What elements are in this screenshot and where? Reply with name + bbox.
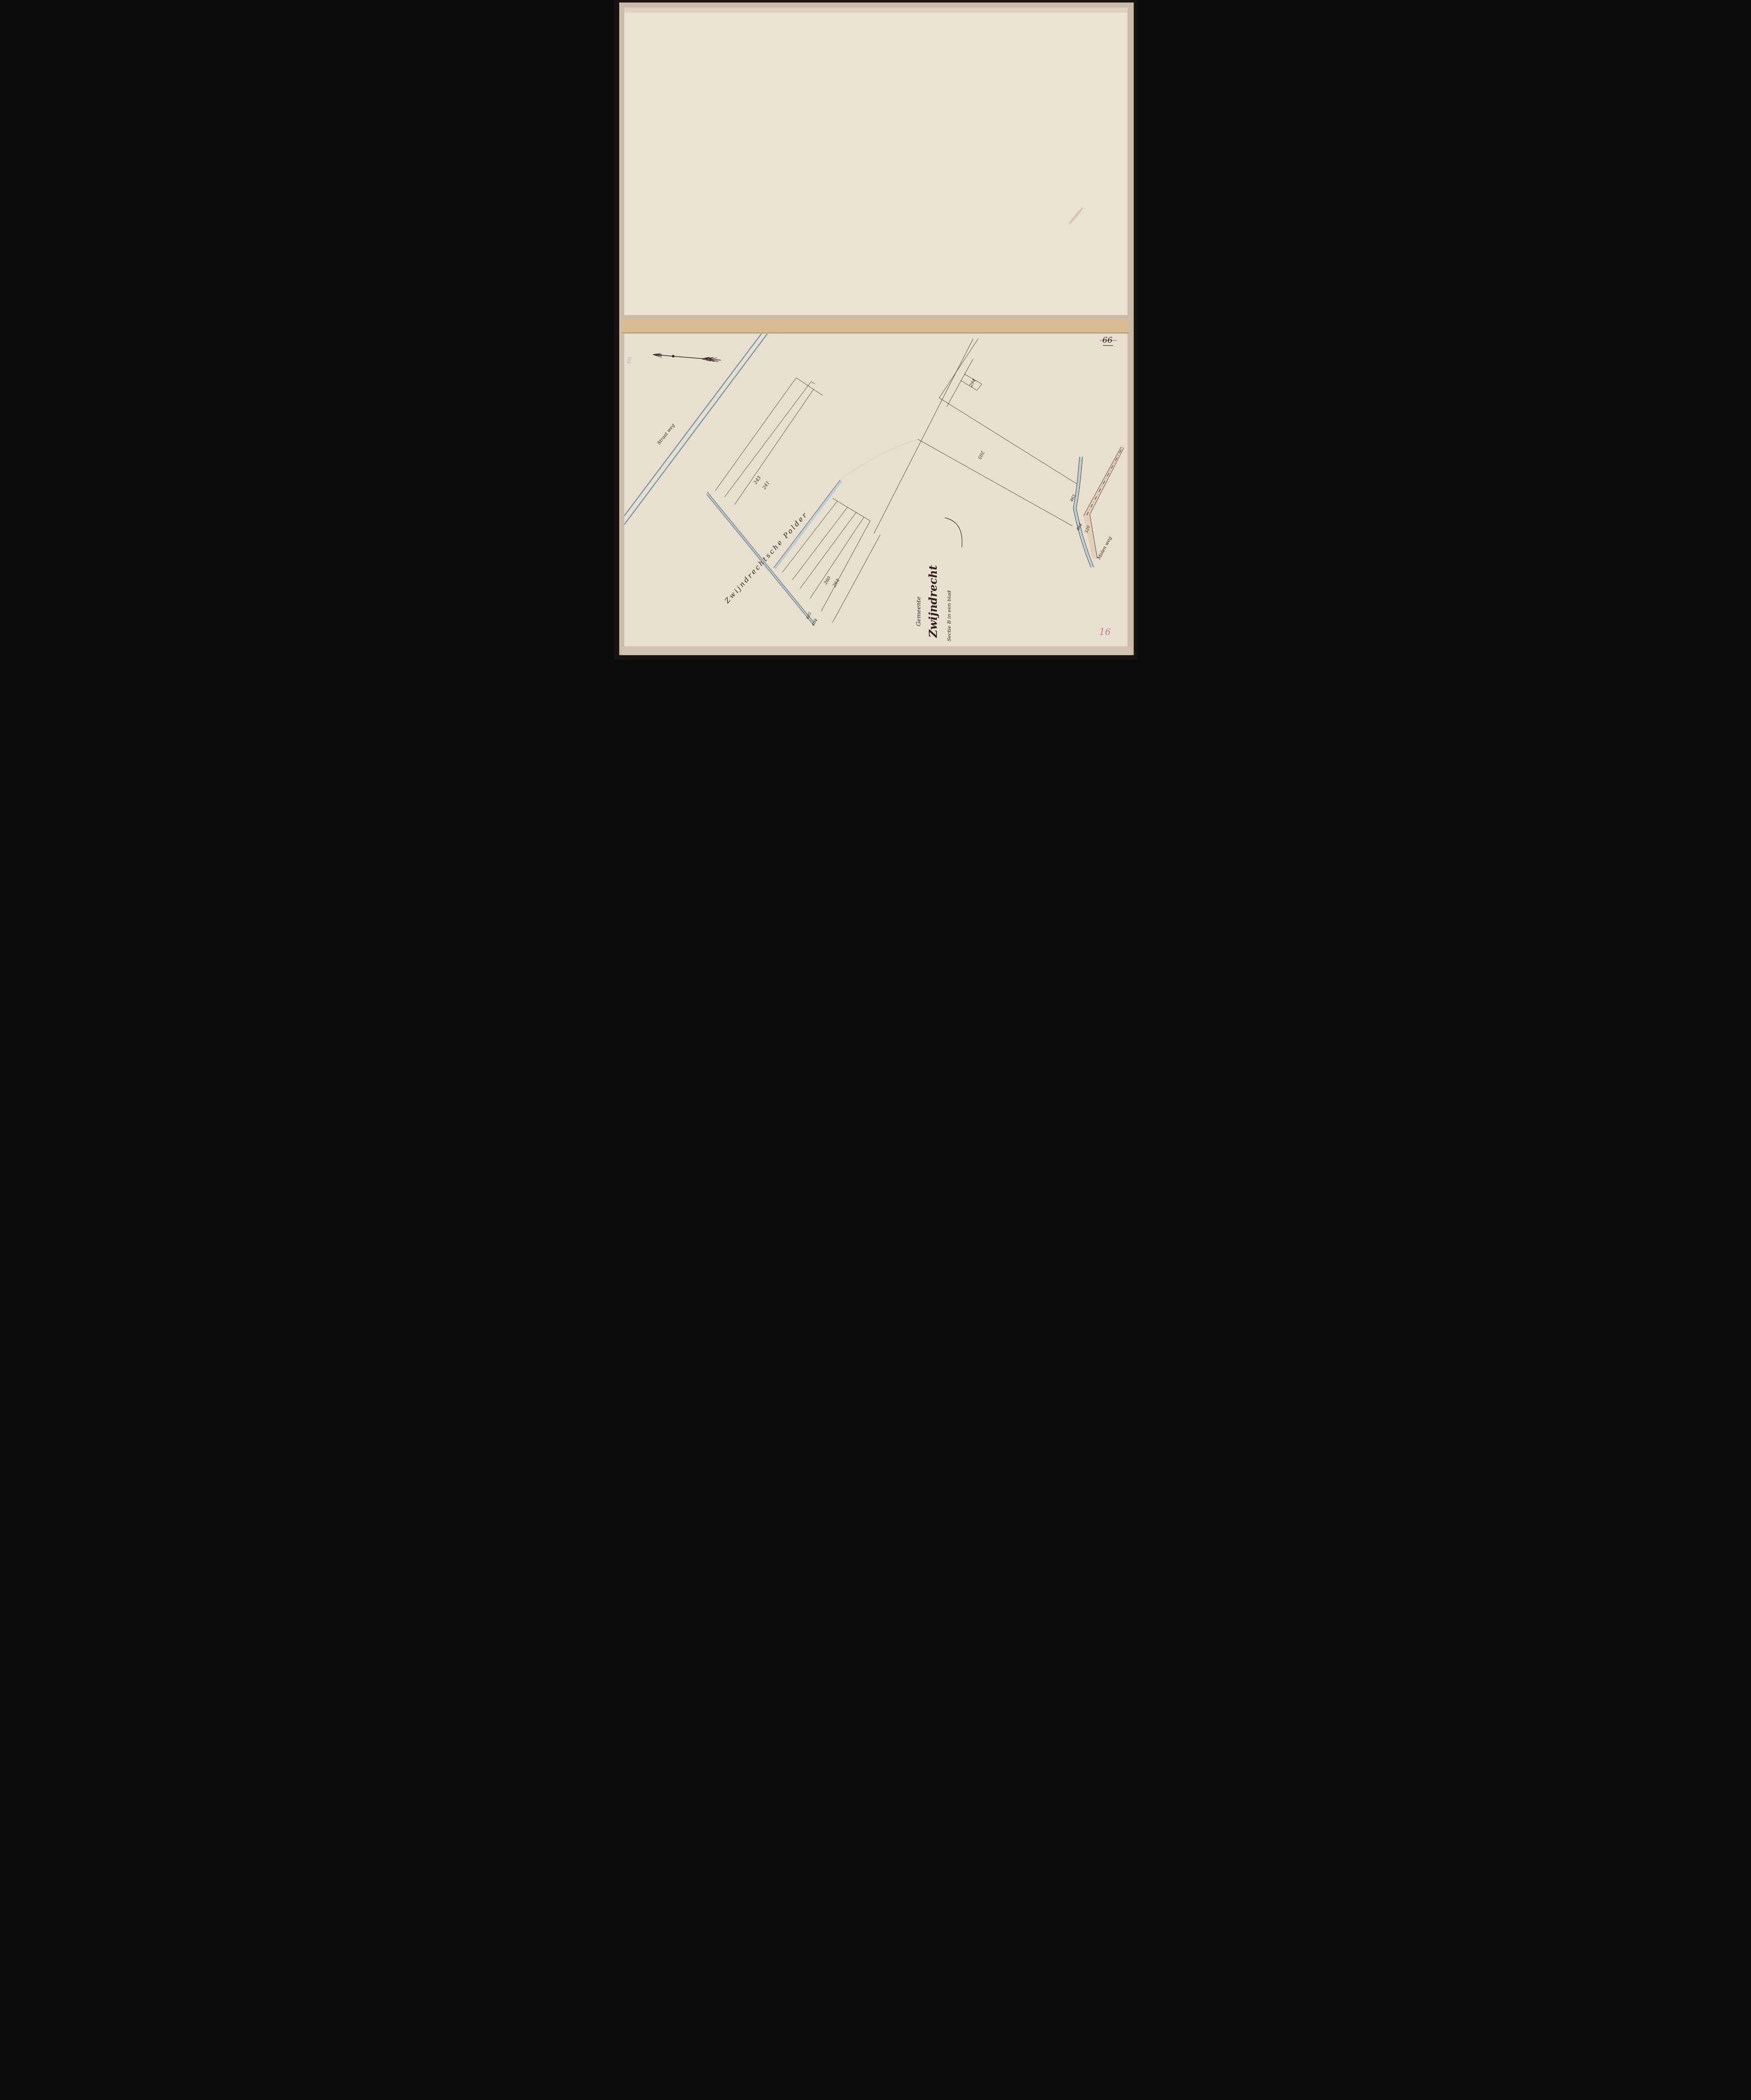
upper-page-edge — [624, 8, 1127, 13]
page-bottom-edges — [621, 646, 1131, 655]
gutter-tape — [621, 319, 1128, 332]
title-municipality: Zwijndrecht — [927, 565, 939, 638]
page-number-underline — [1103, 345, 1113, 346]
upper-page — [624, 8, 1127, 315]
scanned-atlas-page: Straat weg 66 — [614, 0, 1137, 659]
title-section: Sectie B in een blad — [946, 590, 952, 641]
folio-number: 16 — [1099, 627, 1110, 638]
page-number: 66 — [1102, 335, 1112, 345]
pencil-corner-note: 66 — [626, 356, 634, 364]
lower-page-map — [624, 334, 1127, 646]
title-gemeente: Gemeente — [915, 596, 922, 626]
map-canvas: Straat weg 66 — [614, 0, 1137, 659]
